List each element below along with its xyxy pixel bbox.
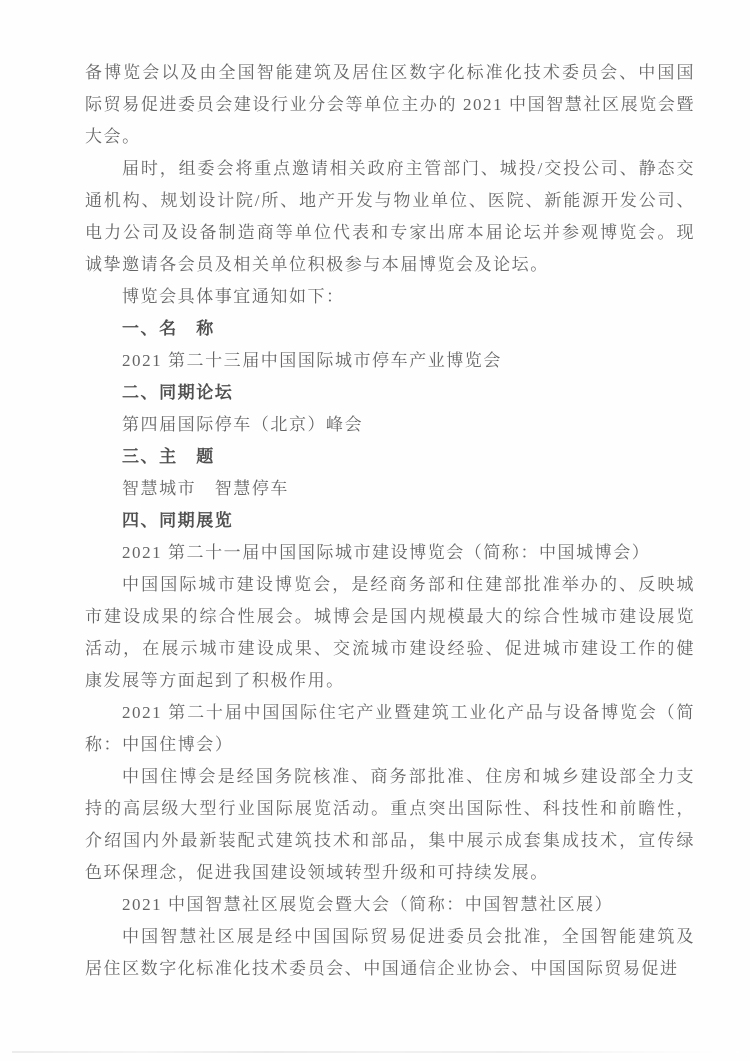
paragraph: 中国国际城市建设博览会，是经商务部和住建部批准举办的、反映城市建设成果的综合性展…: [85, 569, 695, 697]
paragraph: 届时，组委会将重点邀请相关政府主管部门、城投/交投公司、静态交通机构、规划设计院…: [85, 153, 695, 281]
paragraph: 中国智慧社区展是经中国国际贸易促进委员会批准，全国智能建筑及居住区数字化标准化技…: [85, 921, 695, 985]
paragraph: 中国住博会是经国务院核准、商务部批准、住房和城乡建设部全力支持的高层级大型行业国…: [85, 761, 695, 889]
section-heading: 二、同期论坛: [85, 377, 695, 409]
section-heading: 三、主 题: [85, 441, 695, 473]
document-body: 备博览会以及由全国智能建筑及居住区数字化标准化技术委员会、中国国际贸易促进委员会…: [85, 57, 695, 985]
section-heading: 四、同期展览: [85, 505, 695, 537]
paragraph: 2021 第二十届中国国际住宅产业暨建筑工业化产品与设备博览会（简称：中国住博会…: [85, 697, 695, 761]
paragraph: 博览会具体事宜通知如下：: [85, 281, 695, 313]
section-heading: 一、名 称: [85, 313, 695, 345]
document-page: 备博览会以及由全国智能建筑及居住区数字化标准化技术委员会、中国国际贸易促进委员会…: [0, 0, 750, 1061]
paragraph: 第四届国际停车（北京）峰会: [85, 409, 695, 441]
paragraph: 2021 第二十一届中国国际城市建设博览会（简称：中国城博会）: [85, 537, 695, 569]
page-bottom-edge: [12, 1051, 738, 1053]
paragraph: 智慧城市 智慧停车: [85, 473, 695, 505]
paragraph: 2021 第二十三届中国国际城市停车产业博览会: [85, 345, 695, 377]
paragraph: 2021 中国智慧社区展览会暨大会（简称：中国智慧社区展）: [85, 889, 695, 921]
paragraph: 备博览会以及由全国智能建筑及居住区数字化标准化技术委员会、中国国际贸易促进委员会…: [85, 57, 695, 153]
